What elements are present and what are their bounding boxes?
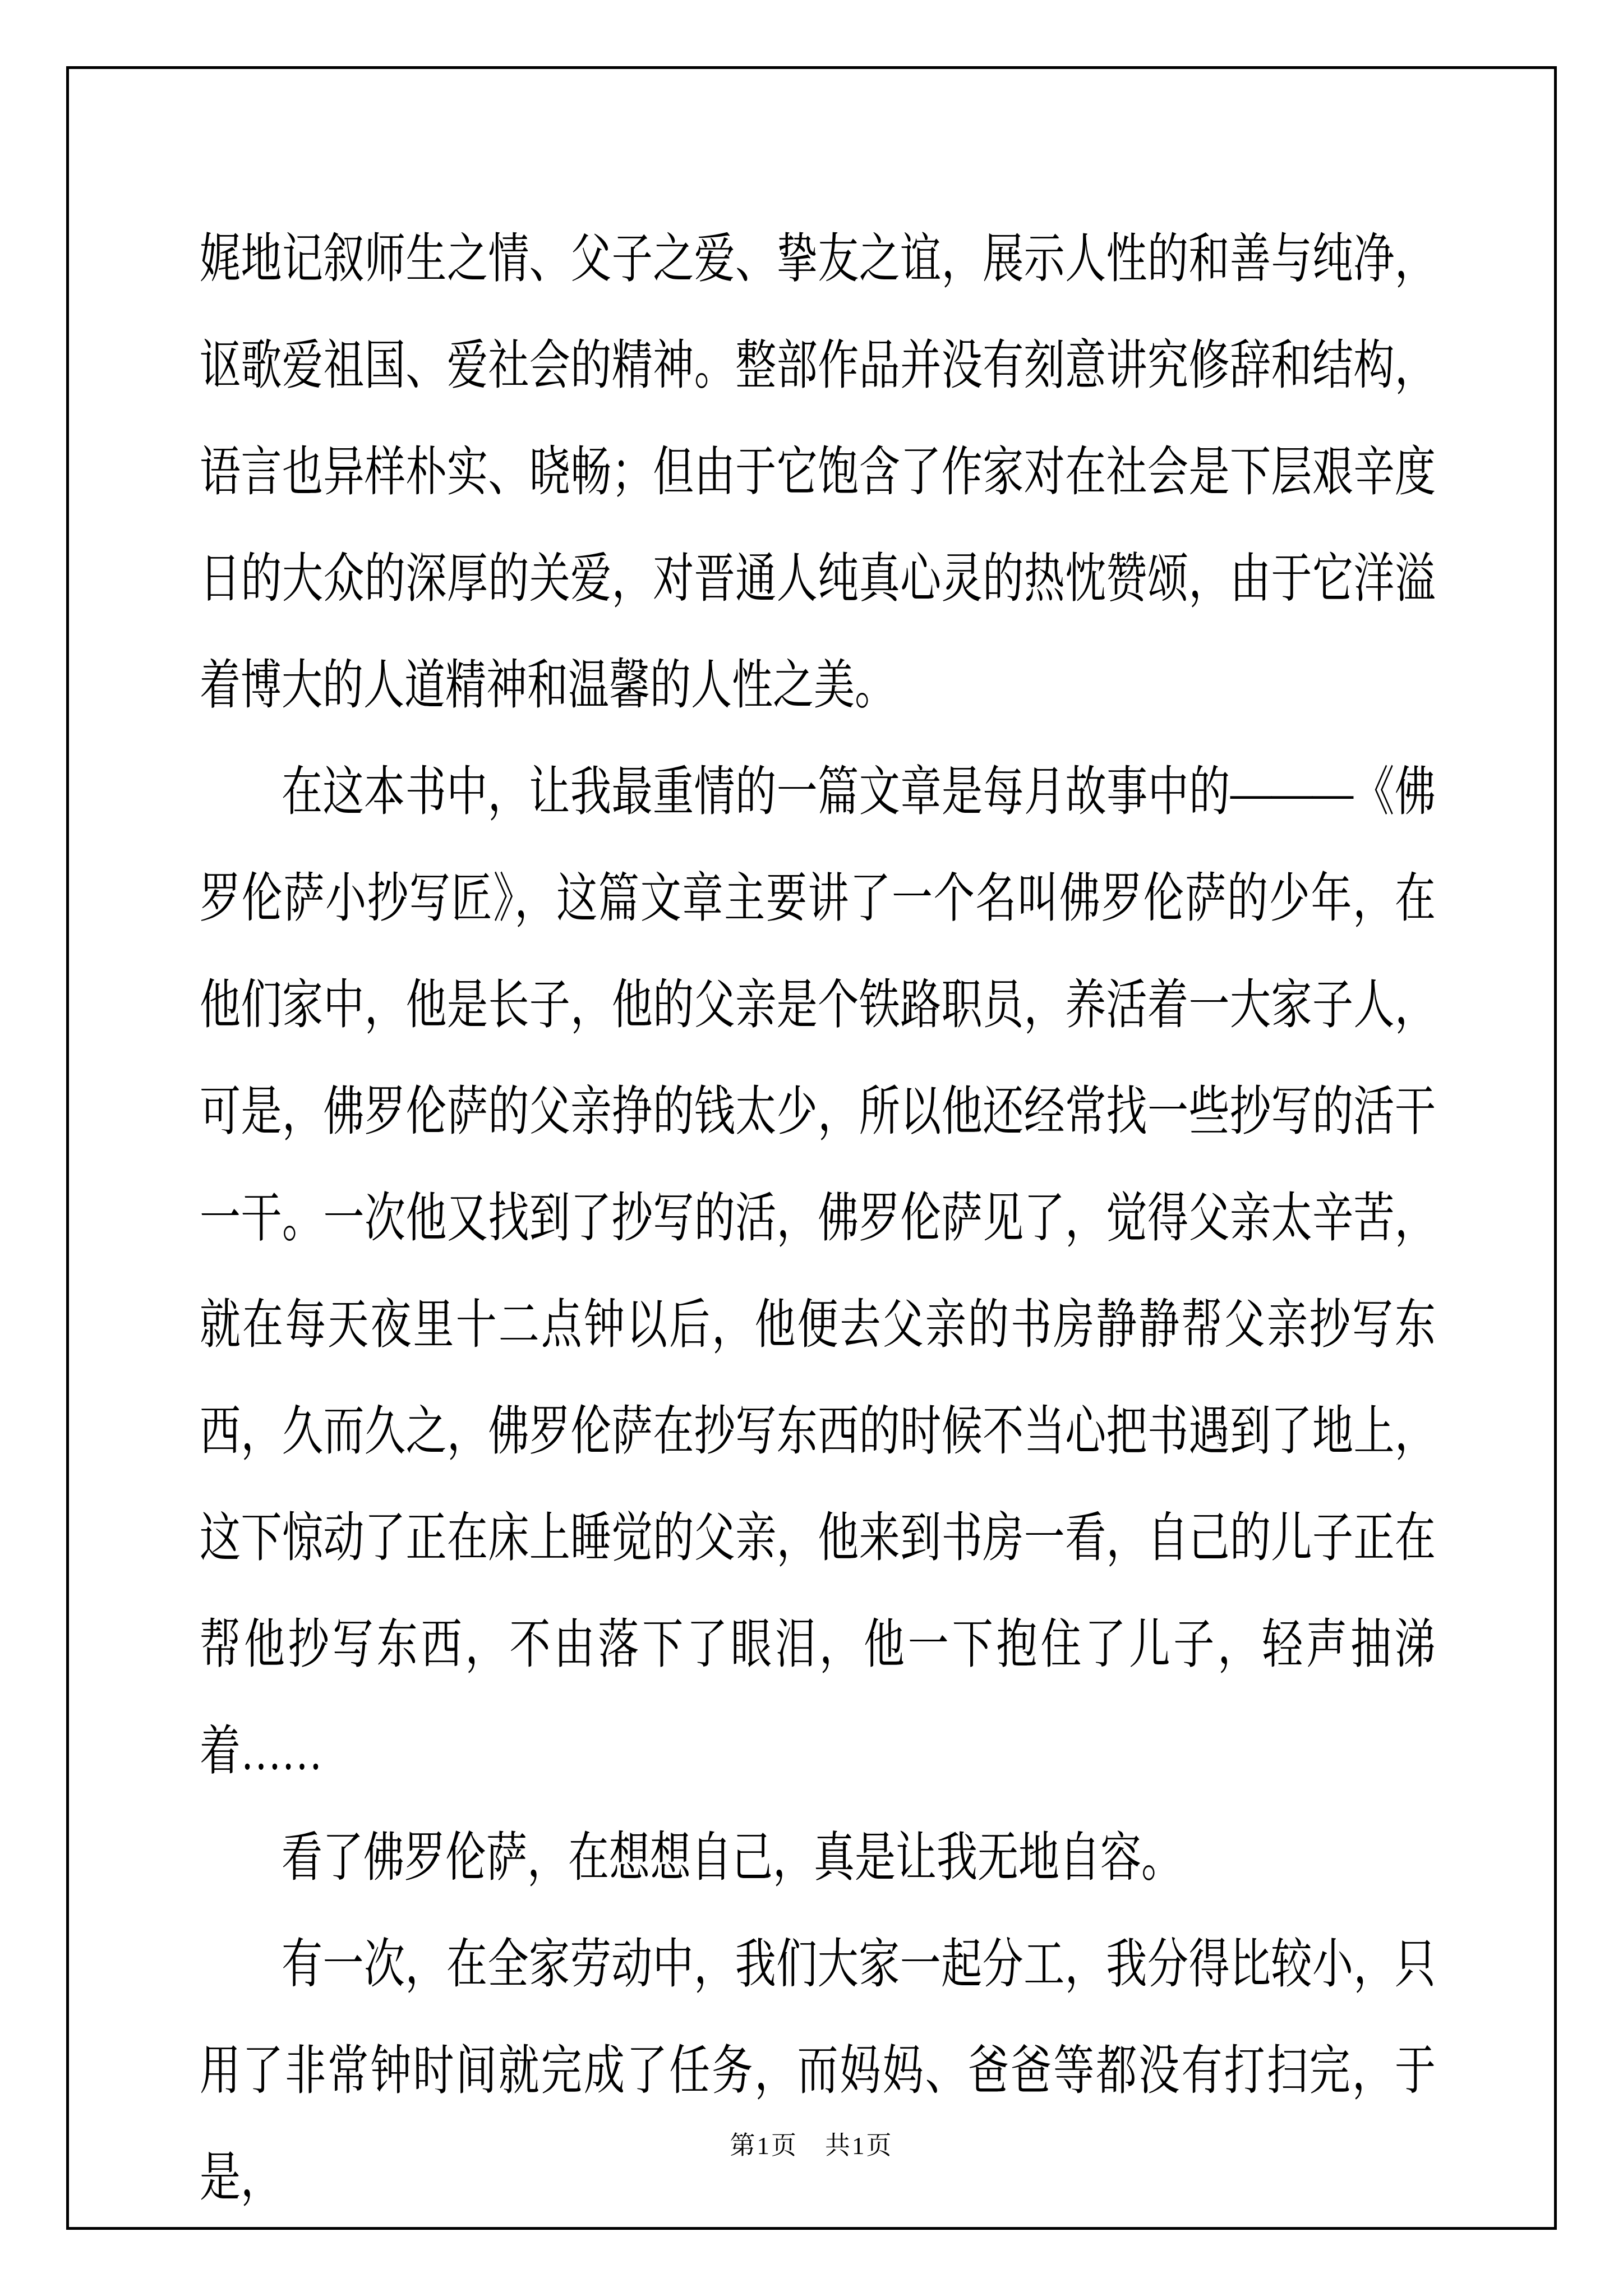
page-number-indicator: 第1页 共1页: [730, 2132, 893, 2160]
paragraph-2: 在这本书中，让我最重情的一篇文章是每月故事中的———《佛罗伦萨小抄写匠》，这篇文…: [200, 739, 1436, 1805]
page-footer: 第1页 共1页: [0, 2125, 1623, 2161]
paragraph-4: 有一次，在全家劳动中，我们大家一起分工，我分得比较小，只用了非常钟时间就完成了任…: [200, 1912, 1436, 2231]
paragraph-1: 娓地记叙师生之情、父子之爱、挚友之谊，展示人性的和善与纯净，讴歌爱祖国、爱社会的…: [200, 206, 1436, 739]
document-page: 娓地记叙师生之情、父子之爱、挚友之谊，展示人性的和善与纯净，讴歌爱祖国、爱社会的…: [0, 0, 1623, 2296]
document-body: 娓地记叙师生之情、父子之爱、挚友之谊，展示人性的和善与纯净，讴歌爱祖国、爱社会的…: [200, 206, 1436, 2231]
paragraph-3: 看了佛罗伦萨，在想想自己，真是让我无地自容。: [200, 1805, 1436, 1912]
